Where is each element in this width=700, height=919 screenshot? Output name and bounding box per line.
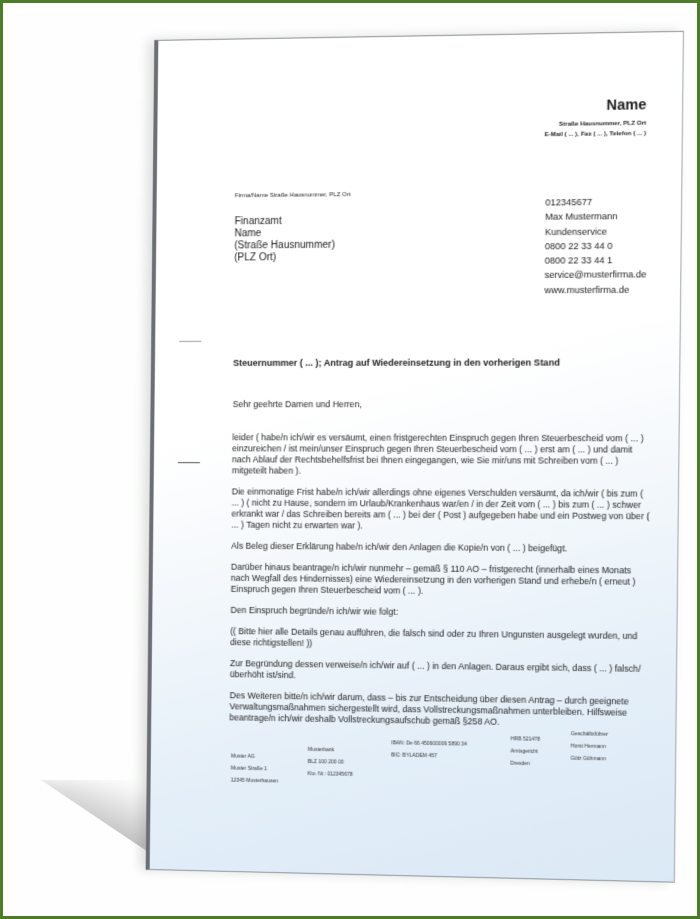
- return-address: Firma/Name Straße Hausnummer, PLZ Ort: [235, 192, 351, 199]
- subject-line: Steuernummer ( ... ); Antrag auf Wiedere…: [233, 357, 560, 367]
- fax: 0800 22 33 44 1: [545, 253, 647, 268]
- body-paragraph: Die einmonatige Frist habe/n ich/wir all…: [231, 486, 652, 533]
- footer-management: Geschäftsführer Horst Hermann Götz Gühma…: [570, 728, 607, 765]
- contact-block: 012345677 Max Mustermann Kundenservice 0…: [544, 194, 647, 297]
- contact-person: Max Mustermann: [545, 209, 647, 224]
- sender-contact: E-Mail ( ... ), Fax ( ... ), Telefon ( .…: [544, 131, 646, 138]
- department: Kundenservice: [545, 224, 647, 239]
- footer-text: Musterbank: [308, 744, 353, 757]
- letter-page: Name Straße Hausnummer, PLZ Ort E-Mail (…: [146, 31, 684, 883]
- footer-text: Horst Hermann: [571, 740, 608, 753]
- letter-body: Sehr geehrte Damen und Herren, leider ( …: [229, 399, 654, 741]
- punch-mark: [178, 462, 200, 463]
- footer-text: Kto. Nr.: 012345678: [307, 768, 352, 781]
- body-paragraph: leider ( habe/n ich/wir es versäumt, ein…: [232, 432, 653, 478]
- fold-mark: [179, 341, 201, 342]
- body-paragraph: Den Einspruch begründe/n ich/wir wie fol…: [230, 605, 651, 621]
- salutation: Sehr geehrte Damen und Herren,: [233, 399, 654, 411]
- footer-text: Geschäftsführer: [571, 728, 608, 741]
- recipient-line: (PLZ Ort): [234, 252, 335, 265]
- recipient-address: Finanzamt Name (Straße Hausnummer) (PLZ …: [234, 215, 335, 264]
- body-paragraph: Darüber hinaus beantrage/n ich/wir nunme…: [231, 562, 652, 600]
- page-shadow: [20, 780, 160, 860]
- footer-text: Muster AG: [231, 750, 278, 763]
- website: www.musterfirma.de: [544, 282, 646, 297]
- recipient-line: Name: [234, 228, 335, 241]
- body-paragraph: Zur Begründung dessen verweise/n ich/wir…: [230, 658, 651, 686]
- sender-name: Name: [606, 96, 646, 113]
- footer-text: Muster Straße 1: [231, 763, 278, 776]
- footer-text: HRB 521478: [511, 733, 541, 746]
- phone: 0800 22 33 44 0: [545, 238, 647, 253]
- footer-text: Götz Gühmann: [570, 753, 607, 766]
- sender-address: Straße Hausnummer, PLZ Ort: [559, 121, 646, 128]
- email: service@musterfirma.de: [544, 268, 646, 283]
- body-paragraph: Des Weiteren bitte/n ich/wir darum, dass…: [229, 690, 650, 730]
- footer-text: BLZ 100 200 00: [308, 756, 353, 769]
- recipient-line: Finanzamt: [235, 215, 336, 228]
- footer-bank: Musterbank BLZ 100 200 00 Kto. Nr.: 0123…: [307, 744, 353, 781]
- footer-text: BIC: BYLADEM 457: [391, 749, 467, 763]
- reference-number: 012345677: [545, 194, 647, 210]
- footer-register: HRB 521478 Amtsgericht Dresden: [510, 733, 540, 770]
- recipient-line: (Straße Hausnummer): [234, 240, 335, 253]
- footer-iban: IBAN: De 66 450600006 5890 34 BIC: BYLAD…: [391, 737, 467, 763]
- body-paragraph: (( Bitte hier alle Details genau aufführ…: [230, 626, 651, 654]
- footer-text: Amtsgericht: [510, 745, 540, 758]
- footer-text: Dresden: [510, 758, 540, 771]
- body-paragraph: Als Beleg dieser Erklärung habe/n ich/wi…: [231, 541, 652, 556]
- footer-text: 12345 Musterhausen: [231, 775, 278, 788]
- footer-company: Muster AG Muster Straße 1 12345 Musterha…: [231, 750, 279, 787]
